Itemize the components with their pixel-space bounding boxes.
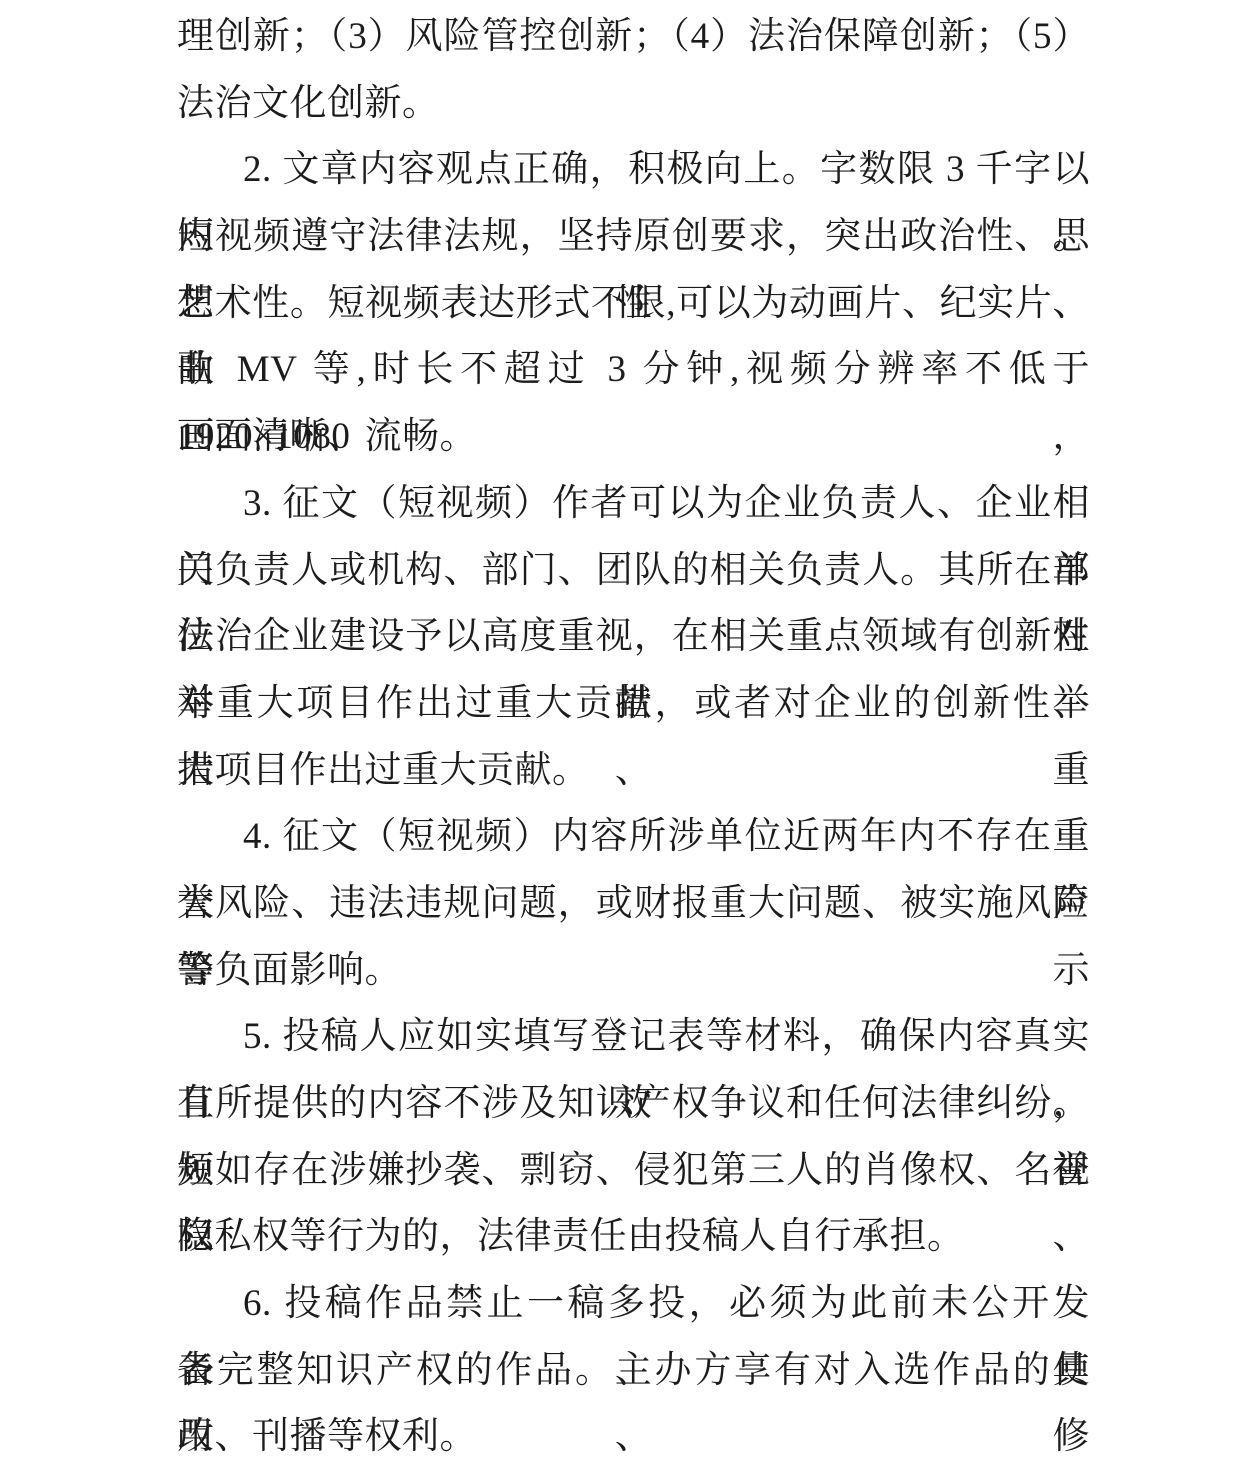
text-line: 5. 投稿人应如实填写登记表等材料，确保内容真实有效， [177,1004,1090,1071]
text-line: 3. 征文（短视频）作者可以为企业负责人、企业相关部 [177,471,1090,538]
paragraph: 2. 文章内容观点正确，积极向上。字数限 3 千字以内。短视频遵守法律法规，坚持… [177,137,1090,470]
text-line: 理创新；（3）风险管控创新；（4）法治保障创新；（5） [177,4,1090,71]
paragraph: 理创新；（3）风险管控创新；（4）法治保障创新；（5）法治文化创新。 [177,4,1090,137]
paragraph: 3. 征文（短视频）作者可以为企业负责人、企业相关部门负责人或机构、部门、团队的… [177,471,1090,804]
text-line: 短视频遵守法律法规，坚持原创要求，突出政治性、思想性、 [177,204,1090,271]
text-line: 频如存在涉嫌抄袭、剽窃、侵犯第三人的肖像权、名誉权、 [177,1138,1090,1205]
text-line: 且所提供的内容不涉及知识产权争议和任何法律纠纷。短视 [177,1071,1090,1138]
paragraph: 5. 投稿人应如实填写登记表等材料，确保内容真实有效，且所提供的内容不涉及知识产… [177,1004,1090,1271]
paragraph: 6. 投稿作品禁止一稿多投，必须为此前未公开发表、具备完整知识产权的作品。主办方… [177,1271,1090,1465]
paragraph: 4. 征文（短视频）内容所涉单位近两年内不存在重大声誉风险、违法违规问题，或财报… [177,804,1090,1004]
text-line: 艺术性。短视频表达形式不限,可以为动画片、纪实片、歌 [177,271,1090,338]
text-line: 法治文化创新。 [177,71,1090,138]
document-page: 理创新；（3）风险管控创新；（4）法治保障创新；（5）法治文化创新。2. 文章内… [0,0,1256,1465]
text-line: 4. 征文（短视频）内容所涉单位近两年内不存在重大声 [177,804,1090,871]
text-line: 曲 MV 等,时长不超过 3 分钟,视频分辨率不低于 1920×1080， [177,337,1090,404]
text-line: 对重大项目作出过重大贡献，或者对企业的创新性举措、重 [177,671,1090,738]
text-line: 2. 文章内容观点正确，积极向上。字数限 3 千字以内。 [177,137,1090,204]
text-line: 誉风险、违法违规问题，或财报重大问题、被实施风险警示 [177,871,1090,938]
text-line: 备完整知识产权的作品。主办方享有对入选作品的使用、修 [177,1338,1090,1405]
text-line: 门负责人或机构、部门、团队的相关负责人。其所在单位对 [177,538,1090,605]
text-line: 法治企业建设予以高度重视，在相关重点领域有创新性举措、 [177,604,1090,671]
text-line: 隐私权等行为的，法律责任由投稿人自行承担。 [177,1204,1090,1271]
text-line: 6. 投稿作品禁止一稿多投，必须为此前未公开发表、具 [177,1271,1090,1338]
document-body: 理创新；（3）风险管控创新；（4）法治保障创新；（5）法治文化创新。2. 文章内… [177,4,1090,1465]
